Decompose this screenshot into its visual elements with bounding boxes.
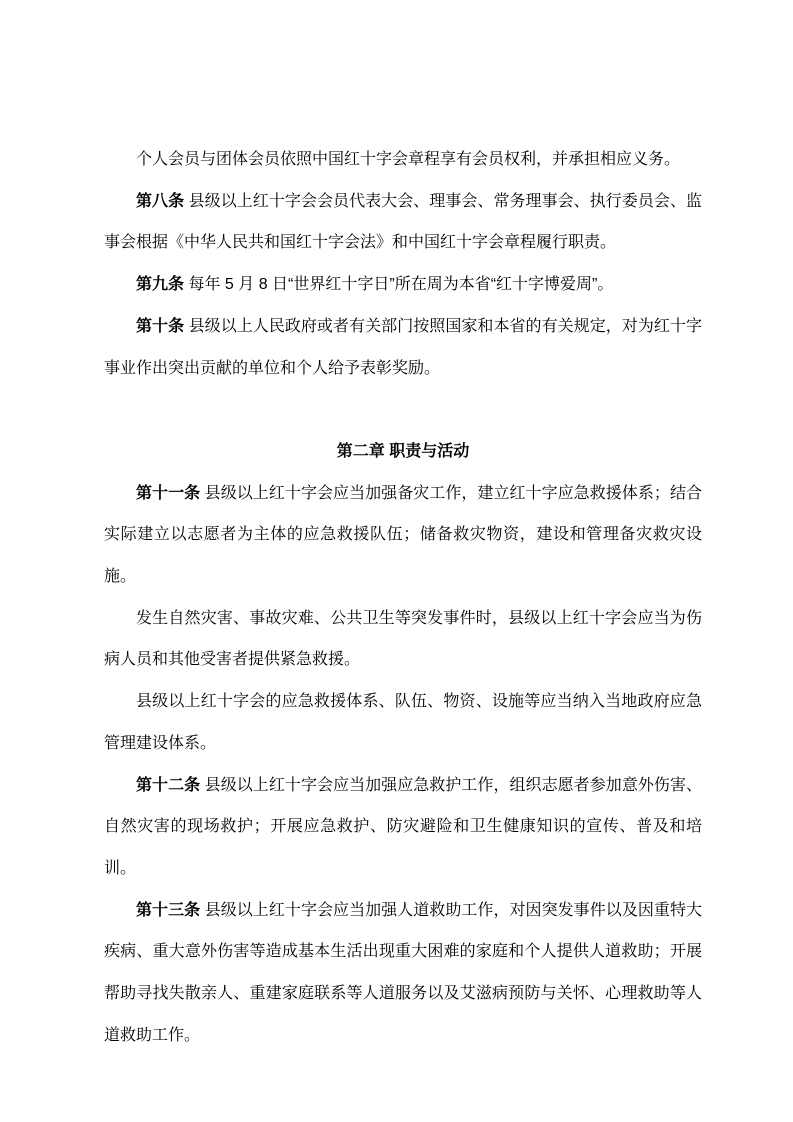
article-number: 第十二条 (136, 777, 200, 794)
paragraph-text: 个人会员与团体会员依照中国红十字会章程享有会员权利，并承担相应义务。 (136, 151, 680, 168)
article-number: 第九条 (136, 276, 184, 293)
paragraph: 第十条 县级以上人民政府或者有关部门按照国家和本省的有关规定，对为红十字事业作出… (104, 306, 702, 389)
paragraph: 第八条 县级以上红十字会会员代表大会、理事会、常务理事会、执行委员会、监事会根据… (104, 181, 702, 264)
article-number: 第十三条 (136, 902, 200, 919)
paragraph: 发生自然灾害、事故灾难、公共卫生等突发事件时，县级以上红十字会应当为伤病人员和其… (104, 598, 702, 681)
paragraph-text: 每年 5 月 8 日“世界红十字日”所在周为本省“红十字博爱周”。 (184, 276, 613, 293)
paragraph: 第九条 每年 5 月 8 日“世界红十字日”所在周为本省“红十字博爱周”。 (104, 264, 702, 306)
paragraph: 个人会员与团体会员依照中国红十字会章程享有会员权利，并承担相应义务。 (104, 139, 702, 181)
article-number: 第十一条 (136, 485, 200, 502)
article-number: 第八条 (136, 193, 184, 210)
paragraph: 第十三条 县级以上红十字会应当加强人道救助工作，对因突发事件以及因重特大疾病、重… (104, 890, 702, 1057)
chapter-heading: 第二章 职责与活动 (104, 431, 702, 473)
paragraph-text: 县级以上红十字会应当加强人道救助工作，对因突发事件以及因重特大疾病、重大意外伤害… (104, 902, 702, 1044)
document-page: 个人会员与团体会员依照中国红十字会章程享有会员权利，并承担相应义务。 第八条 县… (0, 0, 793, 1122)
paragraph: 县级以上红十字会的应急救援体系、队伍、物资、设施等应当纳入当地政府应急管理建设体… (104, 681, 702, 764)
paragraph-text: 县级以上红十字会的应急救援体系、队伍、物资、设施等应当纳入当地政府应急管理建设体… (104, 693, 702, 752)
paragraph: 第十二条 县级以上红十字会应当加强应急救护工作，组织志愿者参加意外伤害、自然灾害… (104, 765, 702, 890)
document-body: 个人会员与团体会员依照中国红十字会章程享有会员权利，并承担相应义务。 第八条 县… (104, 139, 702, 1056)
paragraph-text: 县级以上人民政府或者有关部门按照国家和本省的有关规定，对为红十字事业作出突出贡献… (104, 318, 702, 377)
paragraph: 第十一条 县级以上红十字会应当加强备灾工作，建立红十字应急救援体系；结合实际建立… (104, 473, 702, 598)
paragraph-text: 发生自然灾害、事故灾难、公共卫生等突发事件时，县级以上红十字会应当为伤病人员和其… (104, 610, 702, 669)
article-number: 第十条 (136, 318, 184, 335)
paragraph-text: 县级以上红十字会会员代表大会、理事会、常务理事会、执行委员会、监事会根据《中华人… (104, 193, 702, 252)
